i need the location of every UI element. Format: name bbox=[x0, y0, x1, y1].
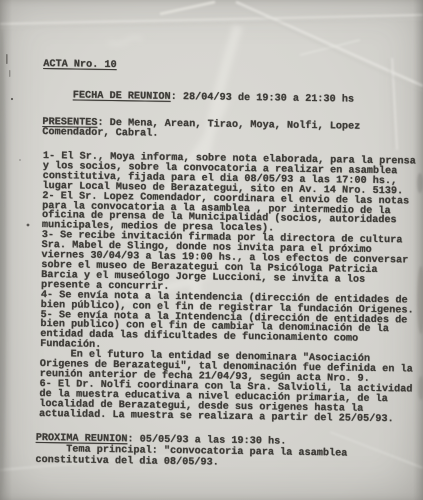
minutes-body: 1- El Sr., Moya informa, sobre nota elab… bbox=[39, 152, 416, 425]
acta-number-heading: ACTA Nro. 10 bbox=[43, 59, 117, 71]
typewritten-content: ACTA Nro. 10 FECHA DE REUNION: 28/04/93 … bbox=[0, 0, 423, 500]
attendees-line: PRESENTES: De Mena, Arean, Tirao, Moya, … bbox=[42, 118, 360, 143]
meeting-date-value: : 28/04/93 de 19:30 a 21:30 hs bbox=[171, 92, 355, 106]
next-meeting-line: PROXIMA REUNION: 05/05/93 a las 19:30 hs… bbox=[35, 434, 347, 471]
meeting-date-line: FECHA DE REUNION: 28/04/93 de 19:30 a 21… bbox=[73, 91, 354, 105]
scanned-acta-page: ACTA Nro. 10 FECHA DE REUNION: 28/04/93 … bbox=[0, 0, 423, 500]
meeting-date-label: FECHA DE REUNION bbox=[73, 90, 171, 102]
page-title: ACTA Nro. 10 bbox=[43, 60, 117, 71]
